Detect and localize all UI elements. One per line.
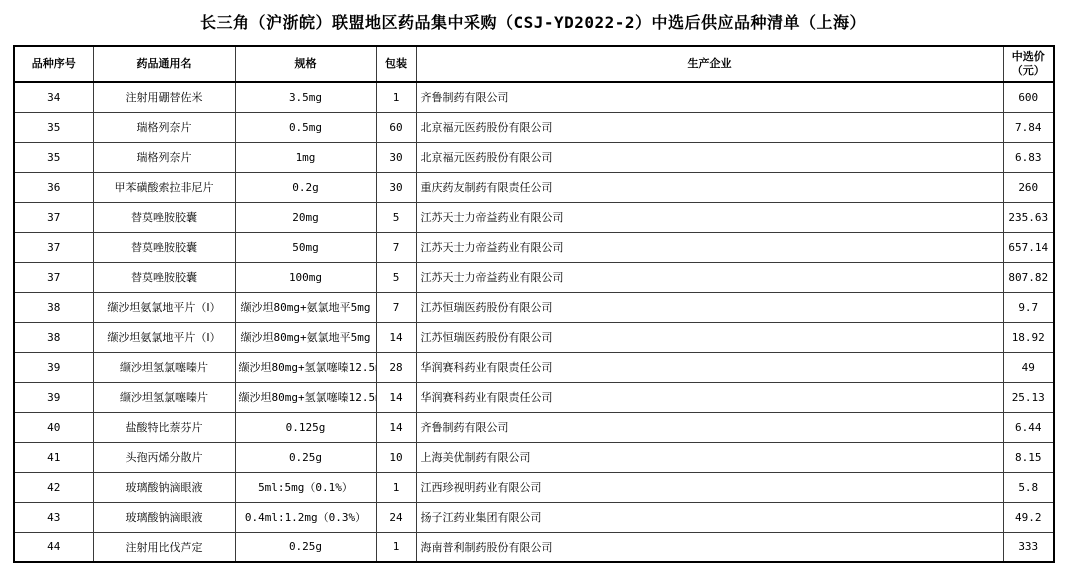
cell-name: 盐酸特比萘芬片	[93, 412, 235, 442]
cell-pack: 7	[376, 292, 416, 322]
cell-price: 807.82	[1003, 262, 1054, 292]
cell-name: 替莫唑胺胶囊	[93, 202, 235, 232]
table-row: 36甲苯磺酸索拉非尼片0.2g30重庆药友制药有限责任公司260	[14, 172, 1054, 202]
cell-spec: 缬沙坦80mg+氢氯噻嗪12.5mg	[235, 352, 376, 382]
cell-name: 替莫唑胺胶囊	[93, 232, 235, 262]
document-page: 长三角（沪浙皖）联盟地区药品集中采购（CSJ-YD2022-2）中选后供应品种清…	[0, 0, 1066, 585]
cell-pack: 1	[376, 532, 416, 562]
cell-price: 7.84	[1003, 112, 1054, 142]
cell-manufacturer: 江苏天士力帝益药业有限公司	[416, 232, 1003, 262]
cell-manufacturer: 齐鲁制药有限公司	[416, 412, 1003, 442]
table-row: 35瑞格列奈片0.5mg60北京福元医药股份有限公司7.84	[14, 112, 1054, 142]
cell-price: 600	[1003, 82, 1054, 112]
cell-manufacturer: 江苏天士力帝益药业有限公司	[416, 262, 1003, 292]
cell-name: 缬沙坦氢氯噻嗪片	[93, 382, 235, 412]
cell-seq: 37	[14, 202, 93, 232]
cell-pack: 30	[376, 172, 416, 202]
cell-manufacturer: 北京福元医药股份有限公司	[416, 142, 1003, 172]
table-row: 42玻璃酸钠滴眼液5ml:5mg（0.1%）1江西珍视明药业有限公司5.8	[14, 472, 1054, 502]
table-row: 35瑞格列奈片1mg30北京福元医药股份有限公司6.83	[14, 142, 1054, 172]
cell-price: 5.8	[1003, 472, 1054, 502]
cell-spec: 3.5mg	[235, 82, 376, 112]
cell-pack: 7	[376, 232, 416, 262]
cell-pack: 14	[376, 322, 416, 352]
col-header-pack: 包装	[376, 46, 416, 82]
cell-price: 25.13	[1003, 382, 1054, 412]
cell-pack: 30	[376, 142, 416, 172]
cell-price: 9.7	[1003, 292, 1054, 322]
cell-name: 玻璃酸钠滴眼液	[93, 472, 235, 502]
cell-spec: 50mg	[235, 232, 376, 262]
cell-seq: 39	[14, 382, 93, 412]
cell-seq: 38	[14, 292, 93, 322]
cell-name: 瑞格列奈片	[93, 142, 235, 172]
cell-manufacturer: 江苏天士力帝益药业有限公司	[416, 202, 1003, 232]
cell-pack: 14	[376, 412, 416, 442]
cell-pack: 60	[376, 112, 416, 142]
cell-seq: 35	[14, 112, 93, 142]
cell-name: 缬沙坦氨氯地平片（Ⅰ）	[93, 322, 235, 352]
cell-price: 333	[1003, 532, 1054, 562]
table-body: 34注射用硼替佐米3.5mg1齐鲁制药有限公司60035瑞格列奈片0.5mg60…	[14, 82, 1054, 562]
cell-seq: 40	[14, 412, 93, 442]
cell-seq: 36	[14, 172, 93, 202]
table-row: 39缬沙坦氢氯噻嗪片缬沙坦80mg+氢氯噻嗪12.5mg28华润赛科药业有限责任…	[14, 352, 1054, 382]
cell-manufacturer: 齐鲁制药有限公司	[416, 82, 1003, 112]
cell-pack: 5	[376, 262, 416, 292]
cell-name: 替莫唑胺胶囊	[93, 262, 235, 292]
page-title: 长三角（沪浙皖）联盟地区药品集中采购（CSJ-YD2022-2）中选后供应品种清…	[0, 10, 1066, 33]
cell-spec: 1mg	[235, 142, 376, 172]
cell-seq: 42	[14, 472, 93, 502]
cell-name: 甲苯磺酸索拉非尼片	[93, 172, 235, 202]
table-row: 37替莫唑胺胶囊50mg7江苏天士力帝益药业有限公司657.14	[14, 232, 1054, 262]
cell-price: 49	[1003, 352, 1054, 382]
col-header-name: 药品通用名	[93, 46, 235, 82]
cell-seq: 34	[14, 82, 93, 112]
cell-spec: 0.25g	[235, 442, 376, 472]
cell-price: 6.44	[1003, 412, 1054, 442]
col-header-price: 中选价 （元）	[1003, 46, 1054, 82]
cell-spec: 0.5mg	[235, 112, 376, 142]
cell-seq: 39	[14, 352, 93, 382]
table-row: 41头孢丙烯分散片0.25g10上海美优制药有限公司8.15	[14, 442, 1054, 472]
cell-manufacturer: 华润赛科药业有限责任公司	[416, 382, 1003, 412]
drug-list-table: 品种序号药品通用名规格包装生产企业中选价 （元） 34注射用硼替佐米3.5mg1…	[13, 45, 1055, 563]
cell-spec: 0.2g	[235, 172, 376, 202]
cell-name: 缬沙坦氢氯噻嗪片	[93, 352, 235, 382]
table-row: 43玻璃酸钠滴眼液0.4ml:1.2mg（0.3%）24扬子江药业集团有限公司4…	[14, 502, 1054, 532]
cell-spec: 0.4ml:1.2mg（0.3%）	[235, 502, 376, 532]
table-header: 品种序号药品通用名规格包装生产企业中选价 （元）	[14, 46, 1054, 82]
cell-seq: 43	[14, 502, 93, 532]
cell-pack: 5	[376, 202, 416, 232]
cell-pack: 1	[376, 472, 416, 502]
cell-name: 瑞格列奈片	[93, 112, 235, 142]
cell-spec: 缬沙坦80mg+氨氯地平5mg	[235, 292, 376, 322]
cell-price: 49.2	[1003, 502, 1054, 532]
cell-manufacturer: 华润赛科药业有限责任公司	[416, 352, 1003, 382]
cell-price: 657.14	[1003, 232, 1054, 262]
cell-seq: 44	[14, 532, 93, 562]
cell-spec: 0.125g	[235, 412, 376, 442]
cell-price: 260	[1003, 172, 1054, 202]
cell-seq: 41	[14, 442, 93, 472]
cell-manufacturer: 海南普利制药股份有限公司	[416, 532, 1003, 562]
cell-spec: 缬沙坦80mg+氢氯噻嗪12.5mg	[235, 382, 376, 412]
cell-spec: 5ml:5mg（0.1%）	[235, 472, 376, 502]
cell-spec: 0.25g	[235, 532, 376, 562]
cell-manufacturer: 江西珍视明药业有限公司	[416, 472, 1003, 502]
cell-spec: 20mg	[235, 202, 376, 232]
table-row: 34注射用硼替佐米3.5mg1齐鲁制药有限公司600	[14, 82, 1054, 112]
cell-seq: 38	[14, 322, 93, 352]
table-row: 39缬沙坦氢氯噻嗪片缬沙坦80mg+氢氯噻嗪12.5mg14华润赛科药业有限责任…	[14, 382, 1054, 412]
cell-spec: 100mg	[235, 262, 376, 292]
table-row: 38缬沙坦氨氯地平片（Ⅰ）缬沙坦80mg+氨氯地平5mg7江苏恒瑞医药股份有限公…	[14, 292, 1054, 322]
table-row: 37替莫唑胺胶囊20mg5江苏天士力帝益药业有限公司235.63	[14, 202, 1054, 232]
cell-seq: 37	[14, 262, 93, 292]
cell-pack: 10	[376, 442, 416, 472]
table-row: 38缬沙坦氨氯地平片（Ⅰ）缬沙坦80mg+氨氯地平5mg14江苏恒瑞医药股份有限…	[14, 322, 1054, 352]
cell-name: 注射用硼替佐米	[93, 82, 235, 112]
col-header-spec: 规格	[235, 46, 376, 82]
table-row: 37替莫唑胺胶囊100mg5江苏天士力帝益药业有限公司807.82	[14, 262, 1054, 292]
header-row: 品种序号药品通用名规格包装生产企业中选价 （元）	[14, 46, 1054, 82]
cell-name: 玻璃酸钠滴眼液	[93, 502, 235, 532]
col-header-seq: 品种序号	[14, 46, 93, 82]
cell-manufacturer: 上海美优制药有限公司	[416, 442, 1003, 472]
cell-manufacturer: 北京福元医药股份有限公司	[416, 112, 1003, 142]
cell-manufacturer: 扬子江药业集团有限公司	[416, 502, 1003, 532]
cell-pack: 28	[376, 352, 416, 382]
cell-spec: 缬沙坦80mg+氨氯地平5mg	[235, 322, 376, 352]
cell-manufacturer: 江苏恒瑞医药股份有限公司	[416, 292, 1003, 322]
cell-seq: 37	[14, 232, 93, 262]
cell-price: 18.92	[1003, 322, 1054, 352]
cell-name: 头孢丙烯分散片	[93, 442, 235, 472]
cell-pack: 1	[376, 82, 416, 112]
cell-name: 缬沙坦氨氯地平片（Ⅰ）	[93, 292, 235, 322]
table-row: 40盐酸特比萘芬片0.125g14齐鲁制药有限公司6.44	[14, 412, 1054, 442]
cell-pack: 14	[376, 382, 416, 412]
cell-price: 235.63	[1003, 202, 1054, 232]
cell-manufacturer: 重庆药友制药有限责任公司	[416, 172, 1003, 202]
cell-price: 8.15	[1003, 442, 1054, 472]
col-header-manufacturer: 生产企业	[416, 46, 1003, 82]
cell-name: 注射用比伐芦定	[93, 532, 235, 562]
cell-pack: 24	[376, 502, 416, 532]
cell-seq: 35	[14, 142, 93, 172]
table-row: 44注射用比伐芦定0.25g1海南普利制药股份有限公司333	[14, 532, 1054, 562]
cell-price: 6.83	[1003, 142, 1054, 172]
cell-manufacturer: 江苏恒瑞医药股份有限公司	[416, 322, 1003, 352]
